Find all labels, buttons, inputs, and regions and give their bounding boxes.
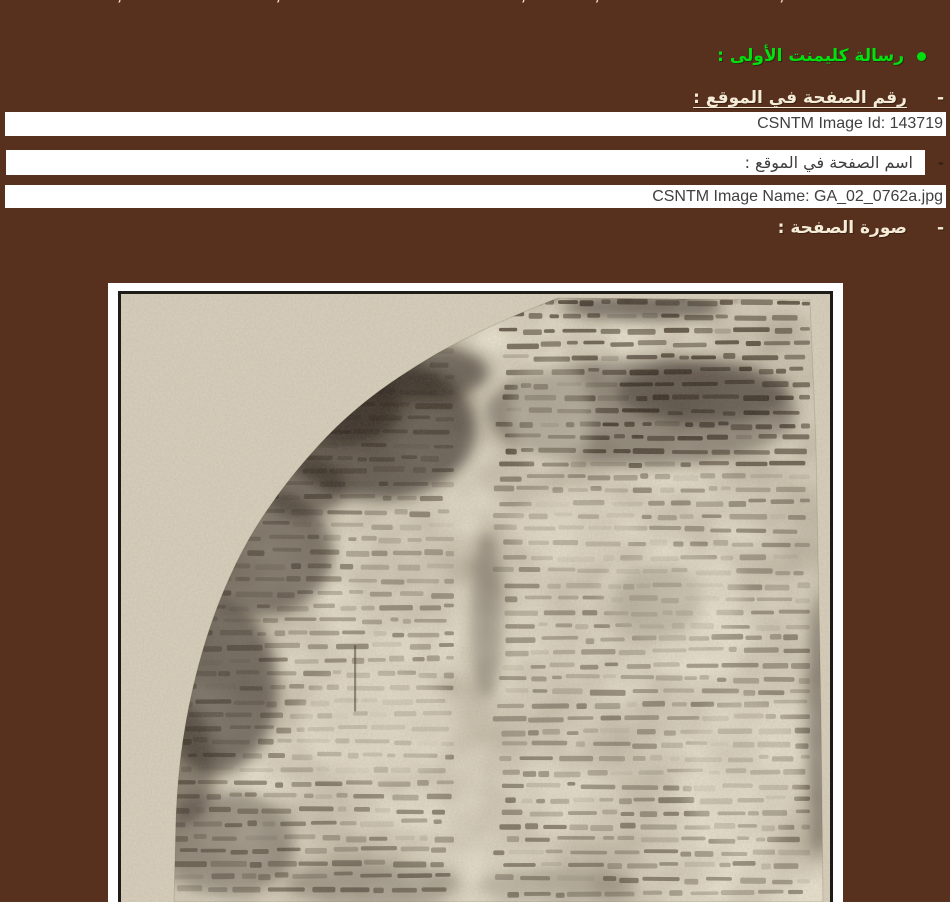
document-page: { "page": { "background_color": "#57301e… bbox=[0, 0, 950, 902]
clipped-caption-text: EELY ORD ON, COVENT GARDEN; AND W. GINTE… bbox=[2, 0, 950, 5]
page-name-label-field[interactable]: اسم الصفحة في الموقع : bbox=[6, 150, 925, 175]
page-id-heading-row: - رقم الصفحة في الموقع : bbox=[693, 86, 944, 110]
list-bullet-icon bbox=[917, 52, 926, 61]
clement-title-row: رسالة كليمنت الأولى : bbox=[717, 44, 926, 68]
page-id-heading: رقم الصفحة في الموقع : bbox=[693, 86, 907, 110]
list-dash-icon-faint: - bbox=[938, 150, 944, 175]
page-name-heading: اسم الصفحة في الموقع : bbox=[745, 153, 913, 172]
list-dash-icon: - bbox=[937, 86, 944, 110]
section-title: رسالة كليمنت الأولى : bbox=[717, 44, 904, 68]
manuscript-image bbox=[121, 294, 830, 902]
manuscript-figure bbox=[108, 283, 843, 902]
manuscript-photo-frame bbox=[118, 291, 833, 902]
image-id-field[interactable]: CSNTM Image Id: 143719 bbox=[5, 112, 946, 136]
image-name-field[interactable]: CSNTM Image Name: GA_02_0762a.jpg bbox=[5, 185, 946, 208]
image-name-value: CSNTM Image Name: GA_02_0762a.jpg bbox=[652, 188, 943, 206]
page-image-heading: صورة الصفحة : bbox=[778, 216, 907, 240]
image-id-value: CSNTM Image Id: 143719 bbox=[757, 115, 943, 133]
page-image-heading-row: - صورة الصفحة : bbox=[778, 216, 944, 240]
list-dash-icon: - bbox=[937, 216, 944, 240]
